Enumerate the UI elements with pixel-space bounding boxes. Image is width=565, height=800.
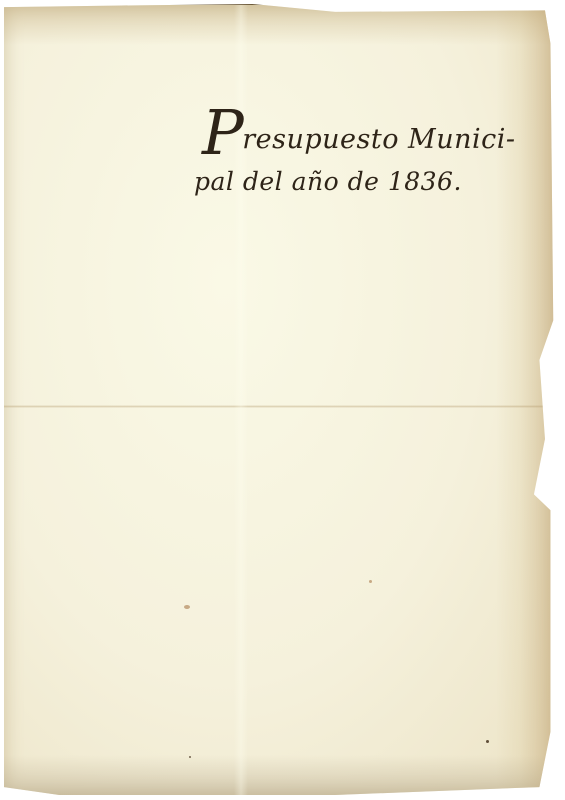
title-initial-letter: P xyxy=(202,96,244,169)
foxing-spot xyxy=(189,756,191,758)
manuscript-page: Presupuesto Munici- pal del año de 1836. xyxy=(4,4,556,795)
title-line-1-text: resupuesto Munici- xyxy=(242,124,515,155)
foxing-spot xyxy=(486,740,489,743)
document-title: Presupuesto Munici- pal del año de 1836. xyxy=(194,113,554,202)
top-edge-stain xyxy=(4,5,556,45)
horizontal-fold-crease xyxy=(4,405,556,408)
title-line-2: pal del año de 1836. xyxy=(194,162,554,202)
title-line-1: Presupuesto Munici- xyxy=(194,113,554,160)
bottom-edge-stain xyxy=(4,755,556,795)
foxing-spot xyxy=(369,580,372,583)
foxing-spot xyxy=(184,605,190,609)
